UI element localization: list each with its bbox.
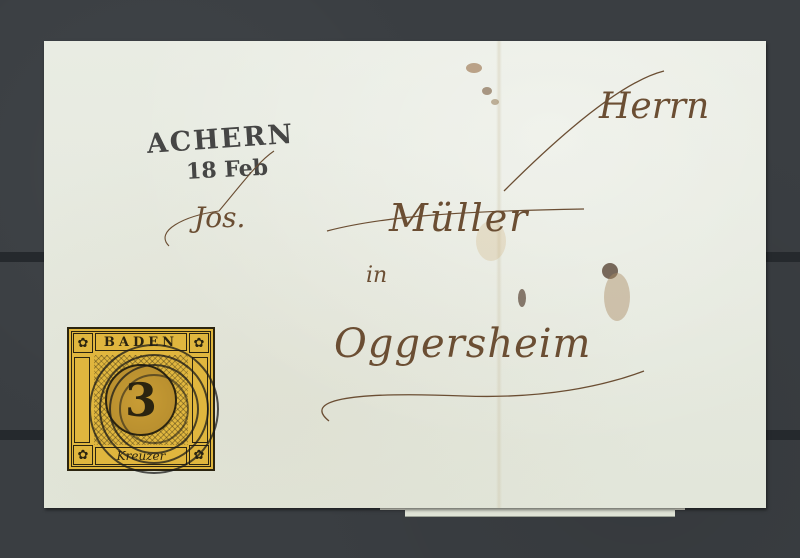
cover-underflap	[405, 507, 675, 517]
stamp-corner-ornament: ✿	[73, 333, 93, 353]
stamp-side-panel	[74, 357, 90, 443]
cancellation-ring	[119, 374, 189, 444]
stamp-corner-ornament: ✿	[189, 333, 209, 353]
stamp-corner-ornament: ✿	[73, 445, 93, 465]
stamp-area: ✿ ✿ ✿ ✿ BADEN 3 Kreuzer	[44, 41, 766, 508]
